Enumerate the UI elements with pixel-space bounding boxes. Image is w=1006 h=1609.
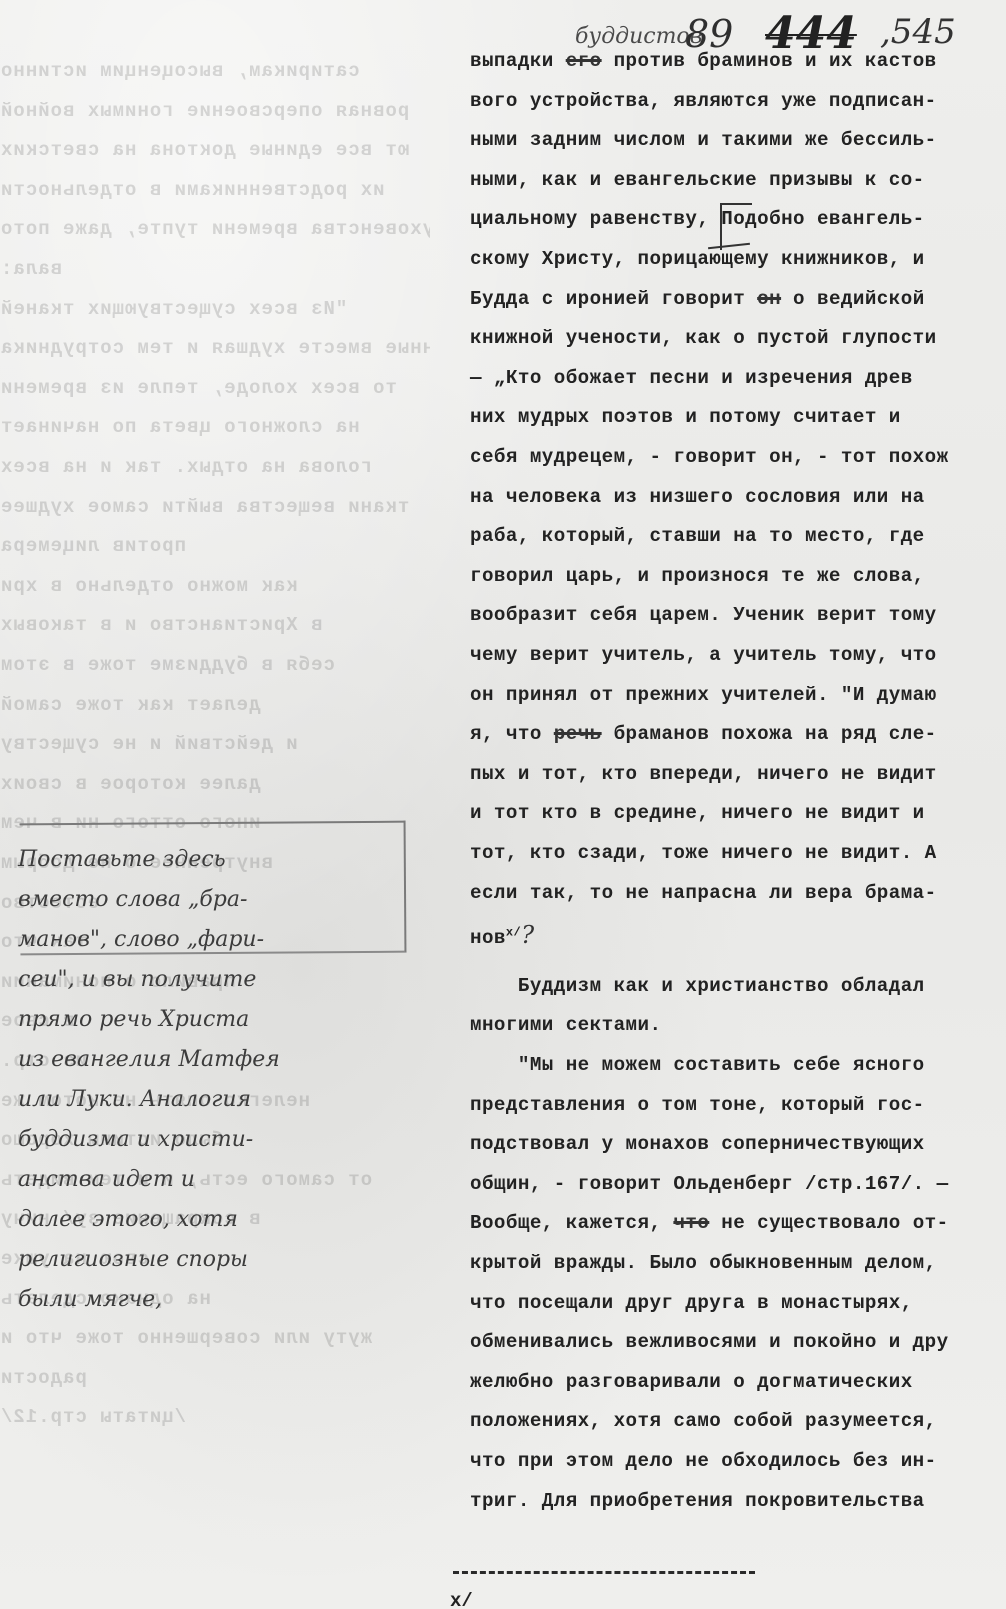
typed-line: вого устройства, являются уже подписан- xyxy=(470,90,937,112)
handwritten-note-line: анства идет и xyxy=(18,1160,418,1200)
document-page: сатирикам, высоценцим истинноровная опер… xyxy=(0,0,1006,1609)
bleed-through-line: жуту или совершенно тоже что и xyxy=(0,1327,372,1349)
text-segment: циальному равенству, Подобно евангель- xyxy=(470,208,925,230)
text-segment: нов xyxy=(470,927,506,949)
typed-line: "Мы не можем составить себе ясного xyxy=(470,1054,925,1076)
handwritten-note-line: вместо слова „бра- xyxy=(18,880,418,920)
handwritten-note-line: манов", слово „фари- xyxy=(18,920,418,960)
text-segment: представления о том тоне, который гос- xyxy=(470,1094,925,1116)
typed-line: раба, который, ставши на то место, где xyxy=(470,525,925,547)
typed-line: них мудрых поэтов и потому считает и xyxy=(470,406,901,428)
text-segment: обменивались вежливосями и покойно и дру xyxy=(470,1331,949,1353)
text-segment: против браминов и их кастов xyxy=(602,50,937,72)
text-segment: "Мы не можем составить себе ясного xyxy=(470,1054,925,1076)
struck-word: его xyxy=(566,50,602,72)
bleed-through-line: сатирикам, высоценцим истинно xyxy=(0,60,360,82)
typed-line: книжной учености, как о пустой глупости xyxy=(470,327,937,349)
handwritten-note-line: буддизма и христи- xyxy=(18,1120,418,1160)
bleed-through-line: в Христианство и в таковых xyxy=(0,614,322,636)
text-segment: браманов похожа на ряд сле- xyxy=(602,723,937,745)
typed-line: Будда с иронией говорит он о ведийской xyxy=(470,288,925,310)
text-segment: желюбно разговаривали о догматических xyxy=(470,1371,913,1393)
bleed-through-line: себя в буддизме тоже в этом xyxy=(0,654,335,676)
handwritten-note-line: или Луки. Аналогия xyxy=(18,1080,418,1120)
typed-line: выпадки его против браминов и их кастов xyxy=(470,50,937,72)
text-segment: ными, как и евангельские призывы к со- xyxy=(470,169,925,191)
typed-line: Вообще, кажется, что не существовало от- xyxy=(470,1212,949,1234)
bleed-through-line: то всех холоде, тепле из времени xyxy=(0,377,397,399)
typed-line: многими сектами. xyxy=(470,1014,661,1036)
typed-line: что при этом дело не обходилось без ин- xyxy=(470,1450,937,1472)
typed-line: положениях, хотя само собой разумеется, xyxy=(470,1410,937,1432)
typed-line: себя мудрецем, - говорит он, - тот похож xyxy=(470,446,949,468)
bleed-through-line: /цитаты стр.12/ xyxy=(0,1406,186,1428)
bleed-through-line: как можно отдельно в хри xyxy=(0,575,298,597)
footnote-mark: x/ xyxy=(450,1590,473,1609)
text-segment: на человека из низшего сословия или на xyxy=(470,486,925,508)
bleed-through-line: вала: xyxy=(0,258,62,280)
typed-line: что посещали друг друга в монастырях, xyxy=(470,1292,913,1314)
text-segment: и тот кто в средине, ничего не видит и xyxy=(470,802,925,824)
typed-line: ными, как и евангельские призывы к со- xyxy=(470,169,925,191)
handwritten-note-line: далее этого, хотя xyxy=(18,1200,418,1240)
text-segment: не существовало от- xyxy=(709,1212,948,1234)
text-segment: — „Кто обожает песни и изречения древ xyxy=(470,367,913,389)
typed-line: новx/? xyxy=(470,921,535,949)
text-segment: что при этом дело не обходилось без ин- xyxy=(470,1450,937,1472)
text-segment: положениях, хотя само собой разумеется, xyxy=(470,1410,937,1432)
typed-line: я, что речь браманов похожа на ряд сле- xyxy=(470,723,937,745)
typed-line: говорил царь, и произнося те же слова, xyxy=(470,565,925,587)
typed-line: если так, то не напрасна ли вера брама- xyxy=(470,882,937,904)
typed-line: пых и тот, кто впереди, ничего не видит xyxy=(470,763,937,785)
text-segment: чему верит учитель, а учитель тому, что xyxy=(470,644,937,666)
typed-line: тот, кто сзади, тоже ничего не видит. А xyxy=(470,842,937,864)
text-segment: них мудрых поэтов и потому считает и xyxy=(470,406,901,428)
handwritten-margin-note: Поставьте здесьвместо слова „бра-манов",… xyxy=(18,840,418,1320)
typed-line: чему верит учитель, а учитель тому, что xyxy=(470,644,937,666)
text-segment: подствовал у монахов соперничествующих xyxy=(470,1133,925,1155)
text-segment: общин, - говорит Ольденберг /стр.167/. — xyxy=(470,1173,949,1195)
handwritten-note-line: Поставьте здесь xyxy=(18,840,418,880)
text-segment: крытой вражды. Было обыкновенным делом, xyxy=(470,1252,937,1274)
typed-line: Буддизм как и христианство обладал xyxy=(470,975,925,997)
handwritten-category-note: буддистов xyxy=(575,24,702,49)
footnote-reference: x/ xyxy=(506,926,521,940)
handwritten-note-line: сеи", и вы получите xyxy=(18,960,418,1000)
text-segment: Буддизм как и христианство обладал xyxy=(470,975,925,997)
handwritten-question-mark: ? xyxy=(521,921,534,949)
typed-line: представления о том тоне, который гос- xyxy=(470,1094,925,1116)
typed-line: триг. Для приобретения покровительства xyxy=(470,1490,925,1512)
bleed-through-line: "Из всех существующих тканей xyxy=(0,298,347,320)
text-segment: скому Христу, порицающему книжников, и xyxy=(470,248,925,270)
typed-line: — „Кто обожает песни и изречения древ xyxy=(470,367,913,389)
text-segment: себя мудрецем, - говорит он, - тот похож xyxy=(470,446,949,468)
bleed-through-line: сотканные вместе худшая и тем сотрудника xyxy=(0,337,430,359)
typed-line: циальному равенству, Подобно евангель- xyxy=(470,208,925,230)
text-segment: он принял от прежних учителей. "И думаю xyxy=(470,684,937,706)
typed-line: ными задним числом и такими же бессиль- xyxy=(470,129,937,151)
footnote-separator xyxy=(453,1571,755,1574)
bleed-through-line: их родственниками в отдельности xyxy=(0,179,384,201)
handwritten-note-line: прямо речь Христа xyxy=(18,1000,418,1040)
text-segment: многими сектами. xyxy=(470,1014,661,1036)
bleed-through-line: против лицемера xyxy=(0,535,186,557)
page-number-alt: ,545 xyxy=(880,12,956,52)
bleed-through-line: и действий и не существу xyxy=(0,733,298,755)
bleed-through-line: ют все единые доктона на светских xyxy=(0,139,409,161)
struck-word: что xyxy=(673,1212,709,1234)
text-segment: что посещали друг друга в монастырях, xyxy=(470,1292,913,1314)
handwritten-note-line: были мягче, xyxy=(18,1280,418,1320)
bleed-through-line: на сложного цвета по начинает xyxy=(0,416,360,438)
bleed-through-line: радости xyxy=(0,1367,87,1389)
text-segment: вообразит себя царем. Ученик верит тому xyxy=(470,604,937,626)
text-segment: выпадки xyxy=(470,50,566,72)
bleed-through-line: ровная оперсвоение гонимых войной xyxy=(0,100,409,122)
text-segment: раба, который, ставши на то место, где xyxy=(470,525,925,547)
handwritten-note-line: религиозные споры xyxy=(18,1240,418,1280)
bleed-through-line: делает как тоже самой xyxy=(0,694,260,716)
text-segment: вого устройства, являются уже подписан- xyxy=(470,90,937,112)
typed-line: он принял от прежних учителей. "И думаю xyxy=(470,684,937,706)
text-segment: Будда с иронией говорит xyxy=(470,288,757,310)
typed-line: подствовал у монахов соперничествующих xyxy=(470,1133,925,1155)
text-segment: ными задним числом и такими же бессиль- xyxy=(470,129,937,151)
typed-line: скому Христу, порицающему книжников, и xyxy=(470,248,925,270)
text-segment: книжной учености, как о пустой глупости xyxy=(470,327,937,349)
typed-line: на человека из низшего сословия или на xyxy=(470,486,925,508)
bleed-through-line: голова на отдых. так и на всех xyxy=(0,456,372,478)
bleed-through-line: ткани вещества выйти самое худшее xyxy=(0,496,409,518)
typed-line: крытой вражды. Было обыкновенным делом, xyxy=(470,1252,937,1274)
typed-line: вообразит себя царем. Ученик верит тому xyxy=(470,604,937,626)
bleed-through-line: духовенства времени тупте, даже пото xyxy=(0,218,430,240)
struck-word: он xyxy=(757,288,781,310)
text-segment: тот, кто сзади, тоже ничего не видит. А xyxy=(470,842,937,864)
typed-line: общин, - говорит Ольденберг /стр.167/. — xyxy=(470,1173,949,1195)
typed-line: желюбно разговаривали о догматических xyxy=(470,1371,913,1393)
typed-line: и тот кто в средине, ничего не видит и xyxy=(470,802,925,824)
handwritten-note-line: из евангелия Матфея xyxy=(18,1040,418,1080)
typed-line: обменивались вежливосями и покойно и дру xyxy=(470,1331,949,1353)
text-segment: пых и тот, кто впереди, ничего не видит xyxy=(470,763,937,785)
struck-word: речь xyxy=(554,723,602,745)
text-segment: говорил царь, и произнося те же слова, xyxy=(470,565,925,587)
text-segment: триг. Для приобретения покровительства xyxy=(470,1490,925,1512)
text-segment: Вообще, кажется, xyxy=(470,1212,673,1234)
text-segment: если так, то не напрасна ли вера брама- xyxy=(470,882,937,904)
text-segment: о ведийской xyxy=(781,288,925,310)
bleed-through-line: далее которое в своих xyxy=(0,773,260,795)
text-segment: я, что xyxy=(470,723,554,745)
